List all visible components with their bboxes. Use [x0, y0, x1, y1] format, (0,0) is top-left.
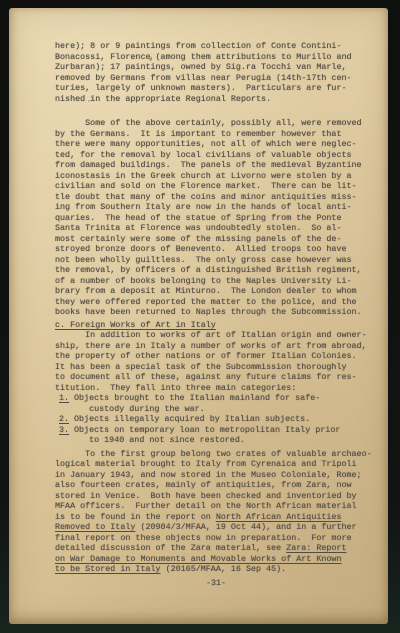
categories-list: 1.Objects brought to the Italian mainlan…: [55, 393, 377, 446]
list-item-text: Objects on temporary loan to metropolita…: [74, 425, 340, 446]
paragraph-segment: (20165/MFAA, 16 Sep 45).: [161, 564, 287, 574]
section-heading-text: c. Foreign Works of Art in Italy: [55, 320, 216, 330]
list-item-number: 1.: [59, 393, 74, 414]
document-page: here); 8 or 9 paintings from collection …: [9, 8, 388, 624]
page-number: -31-: [55, 578, 377, 589]
section-heading: c. Foreign Works of Art in Italy: [55, 320, 377, 331]
list-item: 1.Objects brought to the Italian mainlan…: [59, 393, 377, 414]
list-item-text: Objects brought to the Italian mainland …: [74, 393, 320, 414]
list-item-number: 3.: [59, 425, 74, 446]
list-item-text: Objects illegally acquired by Italian su…: [74, 414, 310, 425]
paragraph-foreign-works-intro: In addition to works of art of Italian o…: [55, 330, 377, 393]
paragraph-first-group: To the first group belong two crates of …: [55, 449, 377, 575]
list-item: 2.Objects illegally acquired by Italian …: [59, 414, 377, 425]
scan-background: here); 8 or 9 paintings from collection …: [0, 0, 400, 633]
page-content: here); 8 or 9 paintings from collection …: [55, 41, 377, 588]
list-item-number: 2.: [59, 414, 74, 425]
paragraph-removals-by-germans: Some of the above certainly, possibly al…: [55, 118, 377, 318]
list-item: 3.Objects on temporary loan to metropoli…: [59, 425, 377, 446]
paragraph-continuation: here); 8 or 9 paintings from collection …: [55, 41, 377, 104]
